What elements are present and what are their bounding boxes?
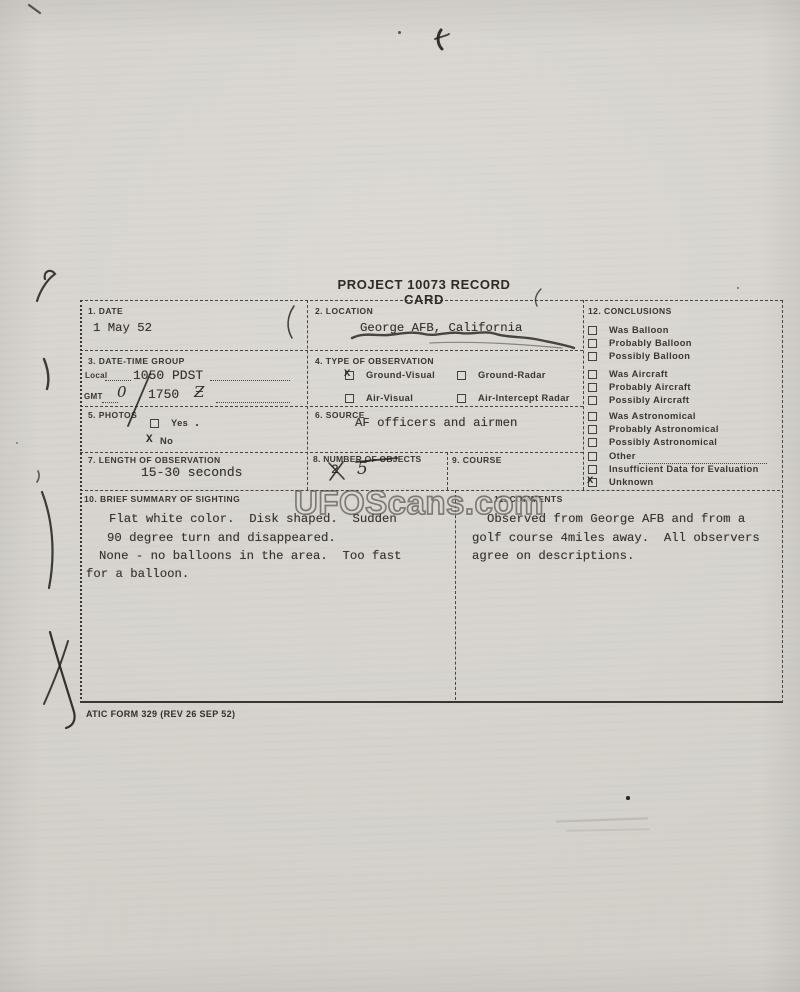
conclusion-probably-aircraft: Probably Aircraft	[609, 382, 691, 392]
summary-line: 90 degree turn and disappeared.	[107, 531, 336, 545]
local-label: Local	[85, 371, 107, 380]
source-value: AF officers and airmen	[355, 416, 517, 430]
type-of-observation-label: 4. TYPE OF OBSERVATION	[315, 356, 434, 366]
scan-streak	[566, 828, 650, 831]
photos-label: 5. PHOTOS	[88, 410, 137, 420]
conclusion-insufficient-data: Insufficient Data for Evaluation	[609, 464, 759, 474]
photos-yes-label: Yes	[171, 418, 188, 428]
checkbox-icon	[457, 371, 466, 380]
scan-streak	[556, 817, 648, 822]
pen-mark	[438, 30, 442, 49]
checkbox-icon	[588, 383, 597, 392]
checkbox-icon	[588, 438, 597, 447]
local-leader-line-2	[210, 371, 290, 381]
row-divider-1	[80, 350, 583, 351]
location-value: George AFB, California	[360, 321, 522, 335]
gmt-zulu-suffix: Ƶ	[194, 383, 204, 401]
checkbox-icon	[588, 412, 597, 421]
scan-speck	[16, 442, 18, 444]
conclusion-possibly-aircraft: Possibly Aircraft	[609, 395, 689, 405]
location-label: 2. LOCATION	[315, 306, 373, 316]
watermark: UFOScans.com	[294, 484, 544, 522]
checkbox-icon	[588, 326, 597, 335]
summary-label: 10. BRIEF SUMMARY OF SIGHTING	[84, 494, 240, 504]
checkbox-icon	[150, 419, 159, 428]
checkbox-icon: X	[345, 371, 354, 380]
pen-mark	[29, 5, 40, 13]
local-time-value: 1050 PDST	[133, 368, 203, 383]
conclusion-other: Other	[609, 451, 636, 461]
scan-speck	[398, 31, 401, 34]
comments-line: golf course 4miles away. All observers	[472, 531, 760, 545]
checkbox-icon	[588, 425, 597, 434]
local-leader-line	[105, 371, 131, 381]
pen-mark	[44, 641, 68, 704]
gmt-leader-line-2	[216, 393, 290, 403]
conclusion-possibly-astronomical: Possibly Astronomical	[609, 437, 717, 447]
scan-speck	[626, 796, 630, 800]
other-leader-line	[639, 454, 767, 464]
number-of-objects-crossed-out: 2	[331, 462, 339, 477]
gmt-time-value: 1750	[148, 387, 179, 402]
conclusion-was-aircraft: Was Aircraft	[609, 369, 668, 379]
checkbox-icon	[588, 339, 597, 348]
ink-speck	[196, 424, 198, 426]
pen-mark	[50, 632, 75, 728]
length-of-observation-value: 15-30 seconds	[141, 465, 242, 480]
photos-no-label: No	[160, 436, 173, 446]
gmt-label: GMT	[84, 392, 103, 401]
pen-mark	[37, 471, 39, 482]
conclusion-was-balloon: Was Balloon	[609, 325, 669, 335]
pen-mark	[435, 34, 449, 39]
divider-col1-col2	[307, 300, 308, 490]
conclusions-label: 12. CONCLUSIONS	[588, 306, 672, 316]
pen-mark	[37, 271, 55, 301]
pen-mark	[42, 492, 53, 588]
row-divider-3	[80, 452, 583, 453]
checkbox-icon	[588, 352, 597, 361]
form-number: ATIC FORM 329 (REV 26 SEP 52)	[86, 709, 235, 719]
checkbox-icon	[588, 396, 597, 405]
length-of-observation-label: 7. LENGTH OF OBSERVATION	[88, 455, 221, 465]
option-air-visual: Air-Visual	[366, 393, 413, 403]
summary-line: None - no balloons in the area. Too fast	[99, 549, 402, 563]
scan-speck	[737, 287, 739, 289]
option-ground-visual: Ground-Visual	[366, 370, 435, 380]
date-time-group-label: 3. DATE-TIME GROUP	[88, 356, 185, 366]
checkbox-icon	[588, 370, 597, 379]
gmt-leader-line	[102, 393, 118, 403]
conclusion-was-astronomical: Was Astronomical	[609, 411, 696, 421]
checkbox-icon	[345, 394, 354, 403]
option-ground-radar: Ground-Radar	[478, 370, 546, 380]
scanned-record-card-page: PROJECT 10073 RECORD CARD 1. DATE 1 May …	[0, 0, 800, 992]
conclusion-unknown: Unknown	[609, 477, 654, 487]
conclusion-probably-balloon: Probably Balloon	[609, 338, 692, 348]
checkbox-icon	[588, 452, 597, 461]
number-of-objects-value: 5	[357, 459, 368, 479]
conclusion-possibly-balloon: Possibly Balloon	[609, 351, 690, 361]
checkbox-icon	[457, 394, 466, 403]
option-air-intercept-radar: Air-Intercept Radar	[478, 393, 570, 403]
page-title: PROJECT 10073 RECORD CARD	[318, 277, 530, 307]
gmt-handwritten-prefix: 0	[117, 383, 127, 401]
summary-line: for a balloon.	[86, 567, 189, 581]
checkbox-icon	[588, 465, 597, 474]
date-value: 1 May 52	[93, 321, 152, 335]
conclusion-probably-astronomical: Probably Astronomical	[609, 424, 719, 434]
date-label: 1. DATE	[88, 306, 123, 316]
comments-line: agree on descriptions.	[472, 549, 634, 563]
course-label: 9. COURSE	[452, 455, 502, 465]
photos-no-mark: X	[146, 434, 153, 446]
checkbox-icon: X	[588, 478, 597, 487]
pen-mark	[44, 359, 48, 389]
divider-conclusions	[583, 300, 584, 490]
